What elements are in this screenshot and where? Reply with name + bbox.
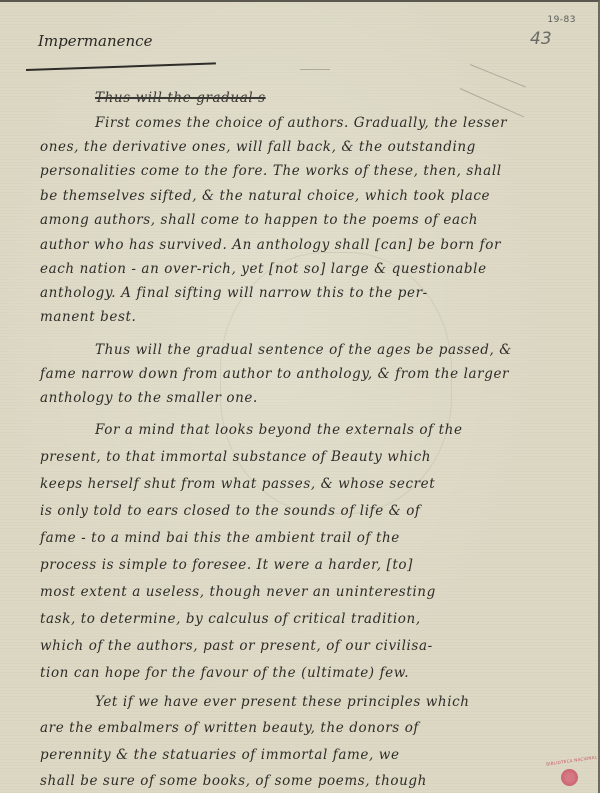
text-line: be themselves sifted, & the natural choi…	[40, 188, 490, 204]
text-line: First comes the choice of authors. Gradu…	[95, 115, 507, 131]
text-line: For a mind that looks beyond the externa…	[95, 422, 463, 438]
document-title: Impermanence	[38, 32, 152, 50]
text-line: among authors, shall come to happen to t…	[40, 212, 478, 228]
pencil-mark	[300, 69, 330, 70]
stamp-text: BIBLIOTECA NACIONAL	[546, 754, 598, 766]
struck-line: Thus will the gradual s	[95, 90, 266, 106]
stamp-seal-icon	[561, 769, 578, 786]
pencil-mark	[460, 88, 524, 117]
manuscript-page: 19-83 43 Impermanence Thus will the grad…	[0, 0, 600, 793]
text-line: Thus will the gradual sentence of the ag…	[95, 342, 512, 358]
text-line: task, to determine, by calculus of criti…	[40, 611, 421, 627]
text-line: fame narrow down from author to antholog…	[40, 366, 509, 382]
text-line: which of the authors, past or present, o…	[40, 638, 433, 654]
text-line: are the embalmers of written beauty, the…	[40, 720, 419, 736]
text-line: most extent a useless, though never an u…	[40, 584, 436, 600]
text-line: each nation - an over-rich, yet [not so]…	[40, 261, 487, 277]
text-line: personalities come to the fore. The work…	[40, 163, 502, 179]
title-underline	[26, 62, 216, 70]
text-line: is only told to ears closed to the sound…	[40, 503, 421, 519]
text-line: anthology. A final sifting will narrow t…	[40, 285, 428, 301]
text-line: process is simple to foresee. It were a …	[40, 557, 413, 573]
text-line: shall be sure of some books, of some poe…	[40, 773, 427, 789]
catalog-number: 19-83	[547, 15, 576, 25]
pencil-mark	[470, 64, 526, 87]
text-line: fame - to a mind bai this the ambient tr…	[40, 530, 400, 546]
text-line: ones, the derivative ones, will fall bac…	[40, 139, 476, 155]
text-line: Yet if we have ever present these princi…	[95, 694, 470, 710]
library-stamp: BIBLIOTECA NACIONAL	[550, 762, 590, 792]
text-line: author who has survived. An anthology sh…	[40, 237, 501, 253]
text-line: perennity & the statuaries of immortal f…	[40, 747, 400, 763]
text-line: keeps herself shut from what passes, & w…	[40, 476, 435, 492]
text-line: anthology to the smaller one.	[40, 390, 258, 406]
text-line: present, to that immortal substance of B…	[40, 449, 431, 465]
folio-number: 43	[530, 29, 552, 49]
text-line: manent best.	[40, 309, 136, 325]
text-line: tion can hope for the favour of the (ult…	[40, 665, 409, 681]
